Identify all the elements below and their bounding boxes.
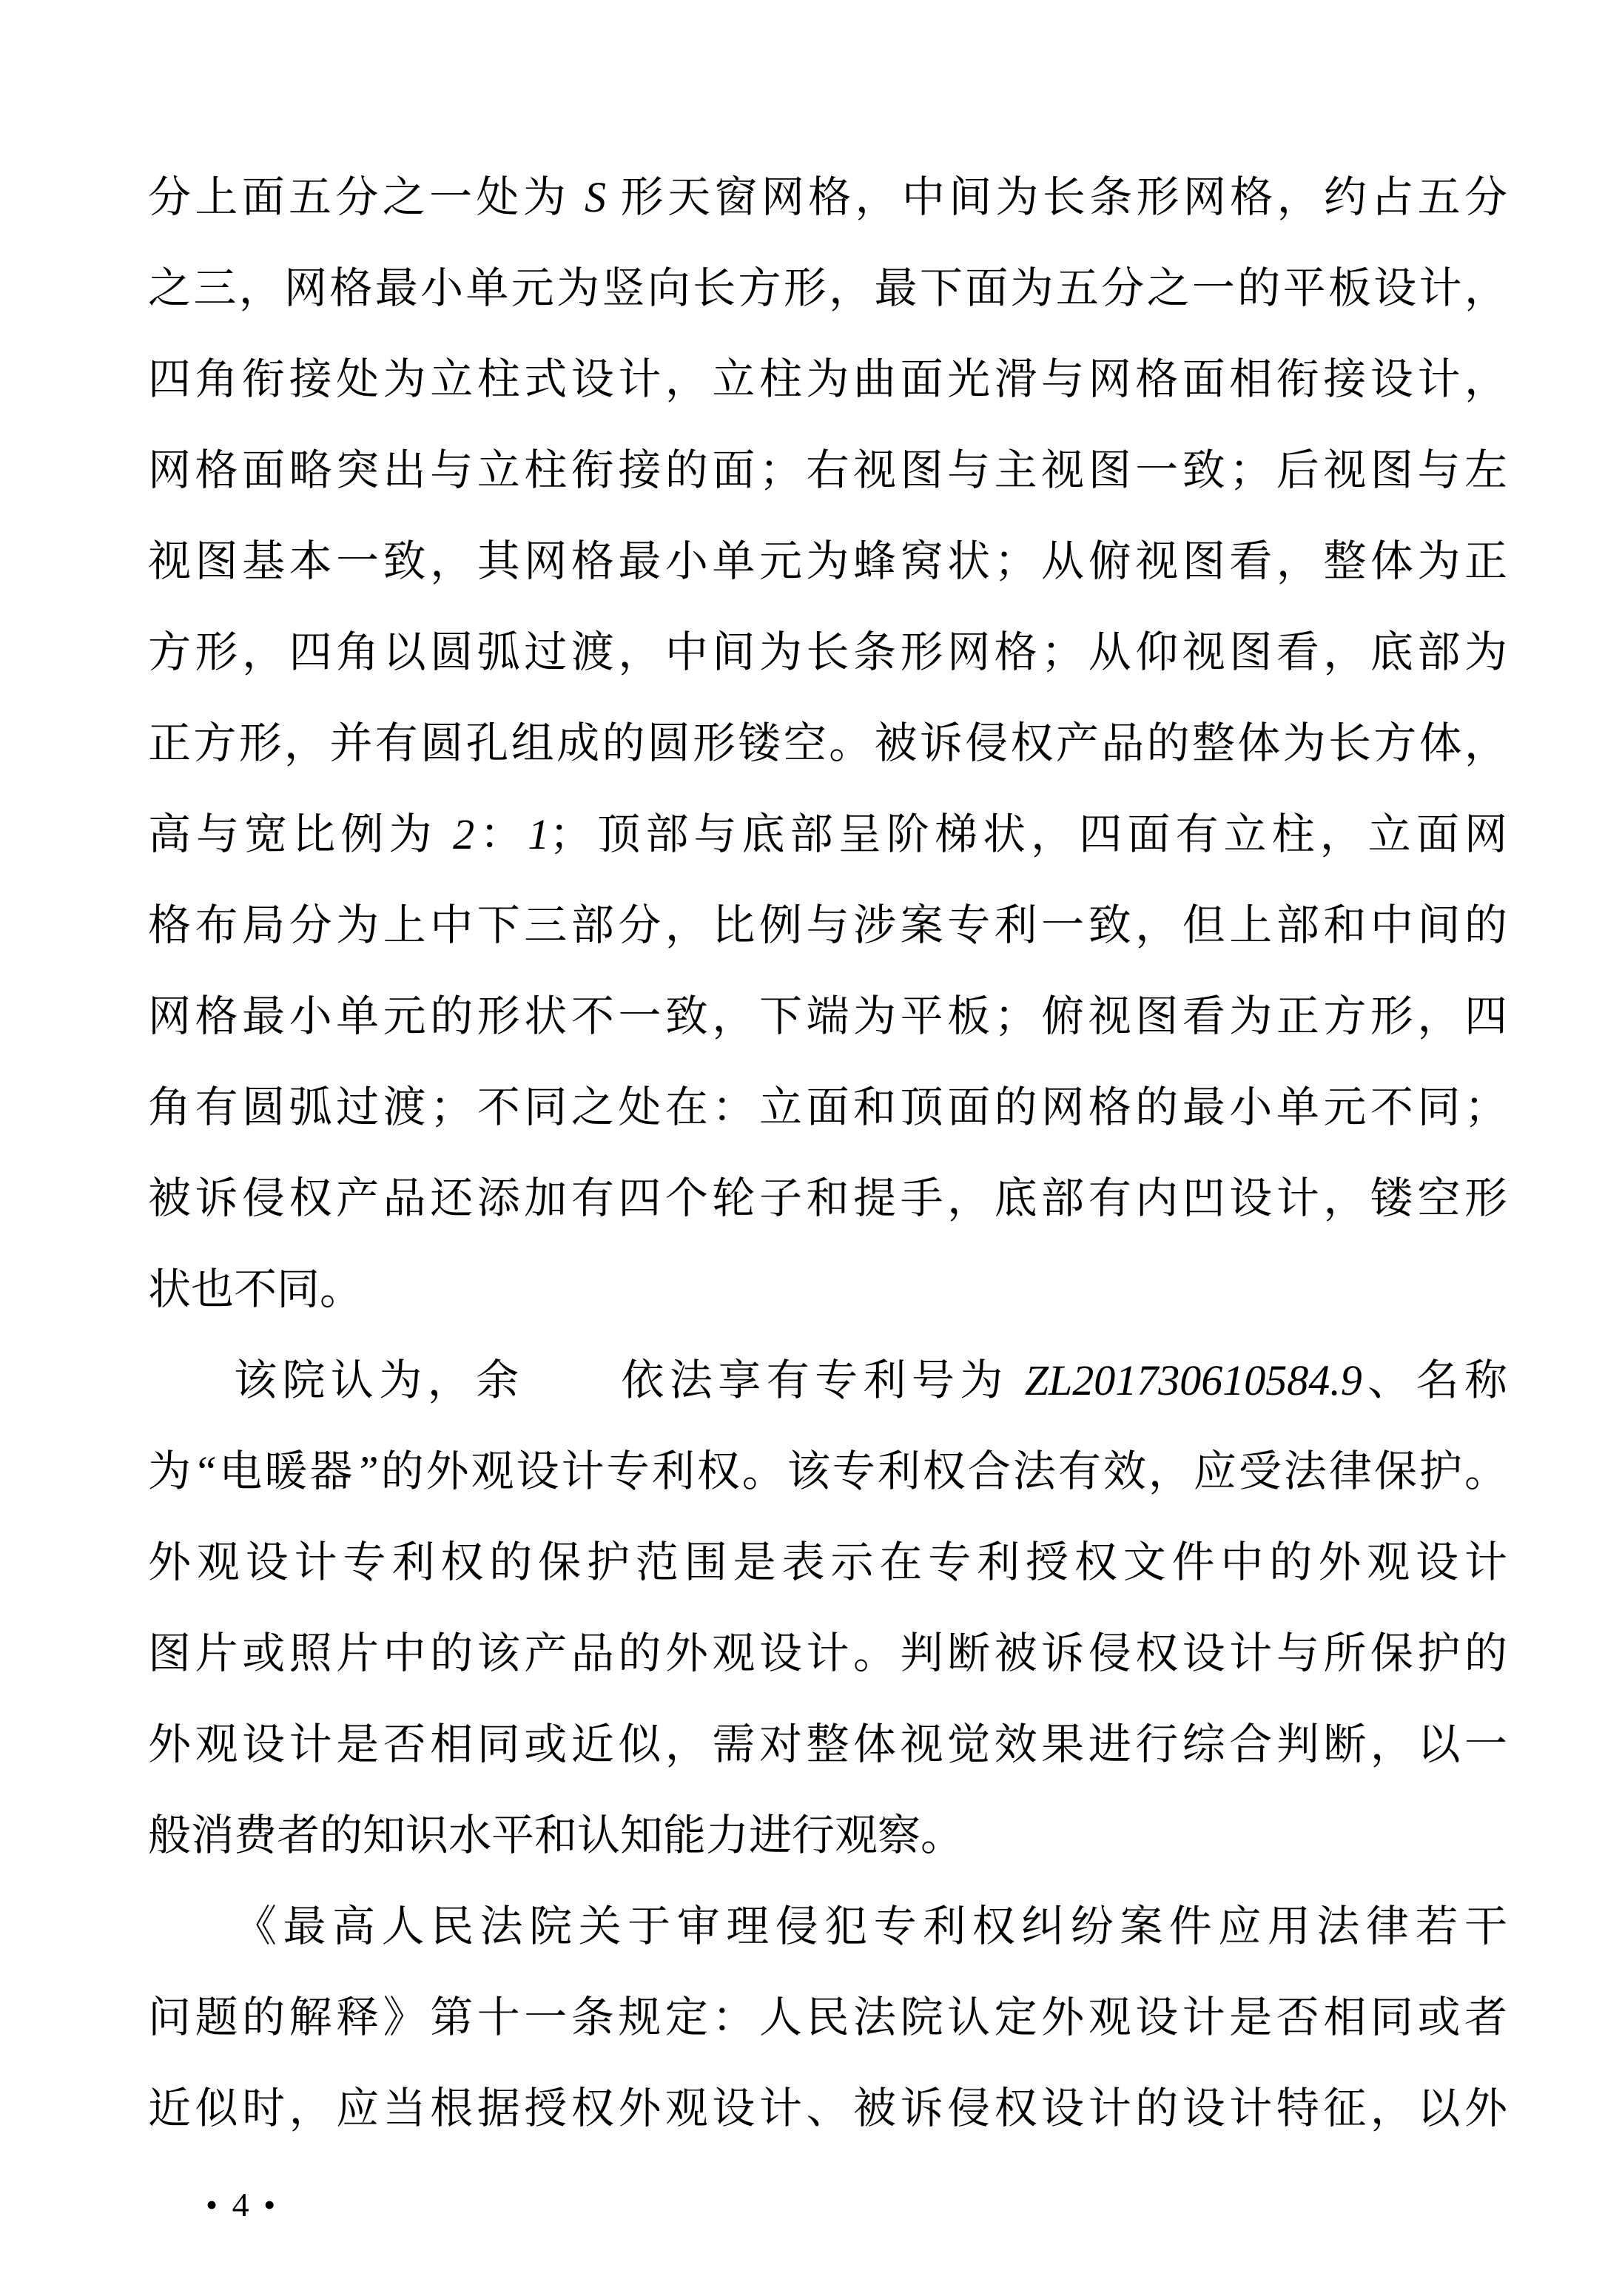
- text-line: 该院认为，余 依法享有专利号为 ZL201730610584.9、名称: [148, 1335, 1507, 1426]
- body-text: 分上面五分之一处为 S 形天窗网格，中间为长条形网格，约占五分之三，网格最小单元…: [148, 152, 1507, 2154]
- text-line: 《最高人民法院关于审理侵犯专利权纠纷案件应用法律若干: [148, 1881, 1507, 1972]
- text-line: 状也不同。: [148, 1244, 1507, 1335]
- text-line: 角有圆弧过渡；不同之处在：立面和顶面的网格的最小单元不同；: [148, 1062, 1507, 1153]
- text-line: 四角衔接处为立柱式设计，立柱为曲面光滑与网格面相衔接设计，: [148, 334, 1507, 425]
- page-number: • 4 •: [206, 2183, 275, 2227]
- text-line: 网格面略突出与立柱衔接的面；右视图与主视图一致；后视图与左: [148, 425, 1507, 516]
- text-line: 方形，四角以圆弧过渡，中间为长条形网格；从仰视图看，底部为: [148, 607, 1507, 698]
- text-line: 外观设计专利权的保护范围是表示在专利授权文件中的外观设计: [148, 1517, 1507, 1608]
- paragraph: 分上面五分之一处为 S 形天窗网格，中间为长条形网格，约占五分之三，网格最小单元…: [148, 152, 1507, 1335]
- text-line: 格布局分为上中下三部分，比例与涉案专利一致，但上部和中间的: [148, 880, 1507, 971]
- text-line: 视图基本一致，其网格最小单元为蜂窝状；从俯视图看，整体为正: [148, 516, 1507, 607]
- text-line: 为“电暖器”的外观设计专利权。该专利权合法有效，应受法律保护。: [148, 1426, 1507, 1517]
- paragraph: 《最高人民法院关于审理侵犯专利权纠纷案件应用法律若干问题的解释》第十一条规定：人…: [148, 1881, 1507, 2154]
- text-line: 外观设计是否相同或近似，需对整体视觉效果进行综合判断，以一: [148, 1699, 1507, 1790]
- text-line: 正方形，并有圆孔组成的圆形镂空。被诉侵权产品的整体为长方体，: [148, 698, 1507, 789]
- text-line: 近似时，应当根据授权外观设计、被诉侵权设计的设计特征，以外: [148, 2063, 1507, 2154]
- text-line: 分上面五分之一处为 S 形天窗网格，中间为长条形网格，约占五分: [148, 152, 1507, 243]
- text-line: 图片或照片中的该产品的外观设计。判断被诉侵权设计与所保护的: [148, 1608, 1507, 1699]
- text-line: 高与宽比例为 2：1；顶部与底部呈阶梯状，四面有立柱，立面网: [148, 789, 1507, 880]
- text-line: 之三，网格最小单元为竖向长方形，最下面为五分之一的平板设计，: [148, 243, 1507, 334]
- text-line: 网格最小单元的形状不一致，下端为平板；俯视图看为正方形，四: [148, 971, 1507, 1062]
- document-page: 分上面五分之一处为 S 形天窗网格，中间为长条形网格，约占五分之三，网格最小单元…: [0, 0, 1622, 2296]
- paragraph: 该院认为，余 依法享有专利号为 ZL201730610584.9、名称为“电暖器…: [148, 1335, 1507, 1881]
- text-line: 问题的解释》第十一条规定：人民法院认定外观设计是否相同或者: [148, 1972, 1507, 2063]
- text-line: 般消费者的知识水平和认知能力进行观察。: [148, 1790, 1507, 1881]
- text-line: 被诉侵权产品还添加有四个轮子和提手，底部有内凹设计，镂空形: [148, 1153, 1507, 1244]
